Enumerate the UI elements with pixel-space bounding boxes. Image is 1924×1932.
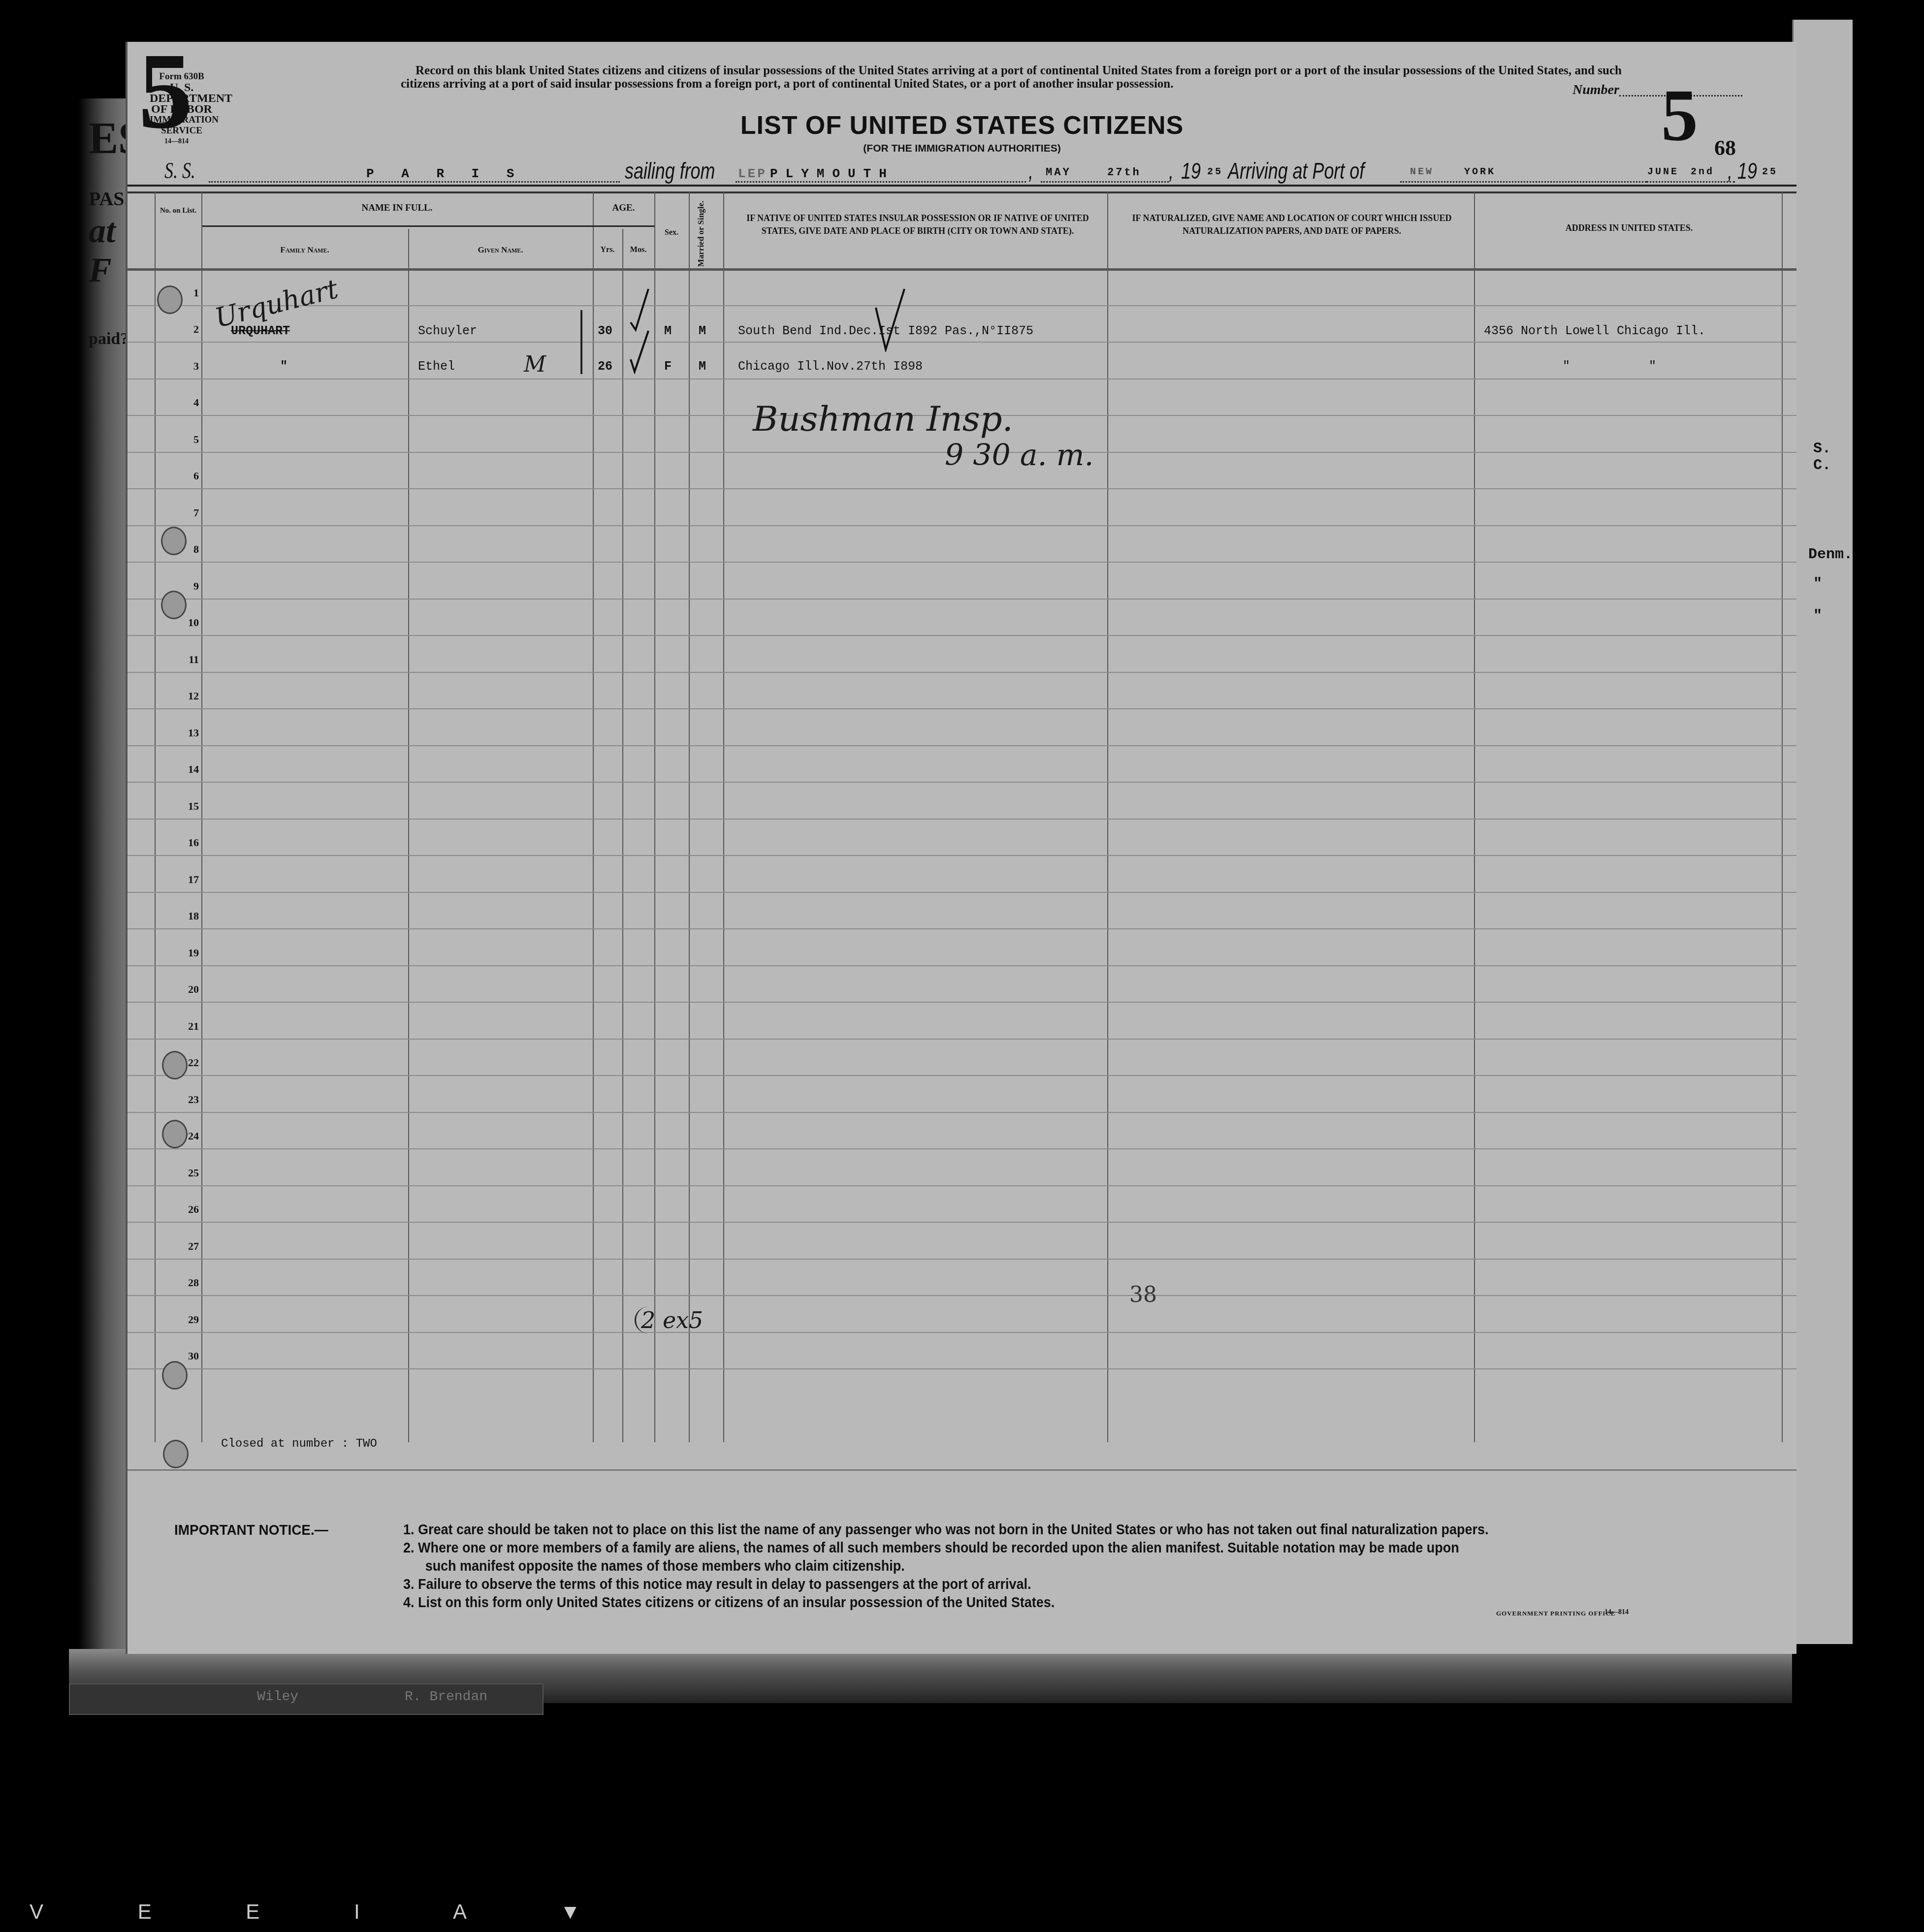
row-rule (128, 782, 1796, 783)
row-rule (128, 855, 1796, 856)
arrival-year: 25 (1762, 166, 1778, 178)
row-rule (128, 635, 1796, 636)
punch-hole (163, 1440, 189, 1468)
header-address: ADDRESS IN UNITED STATES. (1476, 222, 1782, 234)
inspector-signature: Bushman Insp. (753, 399, 1013, 439)
row-number: 28 (169, 1276, 199, 1289)
row-number: 17 (169, 873, 199, 886)
birth-info: Chicago Ill.Nov.27th I898 (738, 359, 923, 374)
row-number: 29 (169, 1313, 199, 1326)
notice-item: 3. Failure to observe the terms of this … (403, 1576, 1759, 1594)
row-rule (128, 745, 1796, 746)
row-rule (128, 1002, 1796, 1003)
departure-century: 19 (1181, 158, 1201, 184)
voyage-line: S. S. P A R I S sailing from LEP PLYMOUT… (164, 158, 1774, 187)
sailing-from-line (736, 181, 1026, 183)
punch-hole (162, 1120, 188, 1148)
married-single: M (699, 324, 706, 338)
header-given-name: Given Name. (408, 244, 593, 256)
row-rule (128, 305, 1796, 306)
left-fragment: paid? (89, 330, 128, 348)
bottom-strip-text: R. Brendan (405, 1689, 487, 1705)
row-number: 5 (169, 433, 199, 446)
given-name: Ethel (418, 359, 455, 374)
passenger-table: No. on List. NAME IN FULL. Family Name. … (128, 192, 1796, 1546)
number-suffix: 68 (1714, 135, 1736, 160)
given-name-annotation: M (524, 352, 546, 377)
page-count-mark: 38 (1129, 1282, 1157, 1307)
row-number: 7 (169, 507, 199, 519)
arrival-date-line (1646, 181, 1735, 183)
departure-month: MAY (1046, 166, 1071, 179)
age-years: 30 (598, 324, 612, 338)
printer-credit: GOVERNMENT PRINTING OFFICE (1496, 1610, 1615, 1617)
row-rule (128, 379, 1796, 380)
check-mark-icon (630, 330, 649, 374)
row-rule (128, 1185, 1796, 1186)
row-rule (128, 1368, 1796, 1369)
row-rule (128, 1075, 1796, 1076)
ship-name: P A R I S (366, 166, 524, 181)
row-rule (128, 892, 1796, 893)
age-years: 26 (598, 359, 612, 374)
header-married-single: Married or Single. (696, 199, 706, 268)
row-rule (128, 1259, 1796, 1260)
header-birth: IF NATIVE OF UNITED STATES INSULAR POSSE… (731, 212, 1105, 237)
check-mark-icon (630, 288, 649, 332)
punch-hole (161, 591, 187, 619)
notice-item: 2. Where one or more members of a family… (403, 1539, 1759, 1557)
row-number: 18 (169, 910, 199, 922)
form-instructions: Record on this blank United States citiz… (401, 64, 1622, 91)
row-number: 19 (169, 947, 199, 959)
notice-item: such manifest opposite the names of thos… (403, 1557, 1759, 1576)
arrival-day: 2nd (1691, 166, 1714, 178)
circled-note: 2 ex5 (635, 1307, 703, 1333)
row-rule (128, 525, 1796, 526)
department-name: U. S. DEPARTMENT OF LABOR (150, 82, 214, 115)
row-number: 14 (169, 763, 199, 776)
header-years: Yrs. (593, 244, 622, 256)
sailing-from-label: sailing from (625, 158, 715, 184)
pen-bracket-mark (580, 310, 582, 374)
right-fragment: " (1813, 576, 1822, 593)
row-rule (128, 1295, 1796, 1296)
row-rule (128, 1222, 1796, 1223)
arrival-month: JUNE (1647, 166, 1679, 178)
form-number: Form 630B (150, 71, 214, 82)
row-number: 21 (169, 1020, 199, 1033)
row-rule (128, 965, 1796, 966)
punch-hole (157, 285, 183, 314)
header-no-on-list: No. on List. (156, 207, 200, 215)
notice-item: 1. Great care should be taken not to pla… (403, 1521, 1759, 1539)
sailing-from-overstrike: LEP (738, 166, 767, 181)
row-number: 2 (169, 323, 199, 336)
arrival-port-1: NEW (1410, 166, 1434, 178)
departure-date-line (1041, 181, 1169, 183)
departure-day: 27th (1107, 166, 1141, 179)
notice-items: 1. Great care should be taken not to pla… (403, 1521, 1759, 1612)
family-name: URQUHART (231, 324, 290, 338)
ss-label: S. S. (164, 158, 195, 184)
header-months: Mos. (622, 244, 654, 256)
row-number: 26 (169, 1203, 199, 1216)
address: 4356 North Lowell Chicago Ill. (1484, 324, 1705, 338)
row-rule (128, 708, 1796, 709)
arrival-century: 19 (1737, 158, 1757, 184)
row-number: 4 (169, 396, 199, 409)
header-age: AGE. (593, 202, 654, 215)
underlying-page-right: S. C. Denm. " " (1792, 20, 1853, 1644)
row-number: 20 (169, 983, 199, 996)
right-fragment: Denm. (1808, 546, 1853, 563)
right-fragment: " (1813, 608, 1822, 625)
row-rule (128, 599, 1796, 600)
notice-lead: IMPORTANT NOTICE.— (174, 1521, 328, 1539)
row-number: 13 (169, 727, 199, 739)
underlying-page-left: ES PASS at F paid? (30, 98, 138, 1664)
row-number: 23 (169, 1093, 199, 1106)
arrival-port-line (1400, 181, 1646, 183)
punch-hole (161, 527, 187, 555)
address-ditto: " (1649, 359, 1656, 374)
punch-hole (162, 1051, 188, 1079)
sex: F (664, 359, 672, 374)
row-rule (128, 1112, 1796, 1113)
number-value: 5 (1661, 79, 1698, 153)
row-rule (128, 672, 1796, 673)
header-naturalized: IF NATURALIZED, GIVE NAME AND LOCATION O… (1117, 212, 1467, 237)
right-fragment: S. C. (1813, 441, 1853, 474)
arriving-label: Arriving at Port of (1228, 158, 1364, 184)
page-subtitle: (FOR THE IMMIGRATION AUTHORITIES) (128, 143, 1796, 155)
row-number: 25 (169, 1167, 199, 1179)
row-number: 27 (169, 1240, 199, 1253)
film-frame-marks: V E E I A ▼ (30, 1900, 625, 1924)
row-rule (128, 1148, 1796, 1149)
header-family-name: Family Name. (201, 244, 408, 256)
address-ditto: " (1563, 359, 1570, 374)
row-rule (128, 488, 1796, 489)
punch-hole (162, 1361, 188, 1390)
citizens-list-form: 5 Form 630B U. S. DEPARTMENT OF LABOR IM… (126, 42, 1796, 1654)
row-number: 6 (169, 470, 199, 482)
departure-year: 25 (1207, 166, 1223, 178)
row-rule (128, 928, 1796, 929)
given-name: Schuyler (418, 324, 477, 338)
header-name-in-full: NAME IN FULL. (201, 202, 593, 215)
sex: M (664, 324, 672, 338)
row-number: 12 (169, 690, 199, 702)
number-label: Number (1572, 82, 1619, 98)
row-rule (128, 562, 1796, 563)
page-title: LIST OF UNITED STATES CITIZENS (128, 111, 1796, 140)
closed-at-number: Closed at number : TWO (221, 1437, 377, 1451)
row-rule (128, 1332, 1796, 1333)
list-number: Number 5 68 (1572, 71, 1769, 160)
printer-code: 14—814 (1604, 1609, 1629, 1616)
arrival-port-2: YORK (1464, 166, 1496, 178)
check-mark-icon (851, 288, 905, 352)
row-number: 16 (169, 836, 199, 849)
row-rule (128, 1039, 1796, 1040)
inspection-time: 9 30 a. m. (945, 438, 1094, 473)
row-rule (128, 342, 1796, 343)
row-number: 15 (169, 800, 199, 813)
ship-name-line (209, 181, 620, 183)
header-sex: Sex. (654, 226, 689, 239)
bottom-strip-text: Wiley (257, 1689, 298, 1705)
family-name: " (280, 359, 288, 374)
married-single: M (699, 359, 706, 374)
row-number: 11 (169, 653, 199, 666)
underlying-page-bottom-strip: Wiley R. Brendan (69, 1683, 544, 1715)
row-rule (128, 819, 1796, 820)
sailing-from-port: PLYMOUTH (770, 166, 895, 181)
row-number: 3 (169, 360, 199, 373)
